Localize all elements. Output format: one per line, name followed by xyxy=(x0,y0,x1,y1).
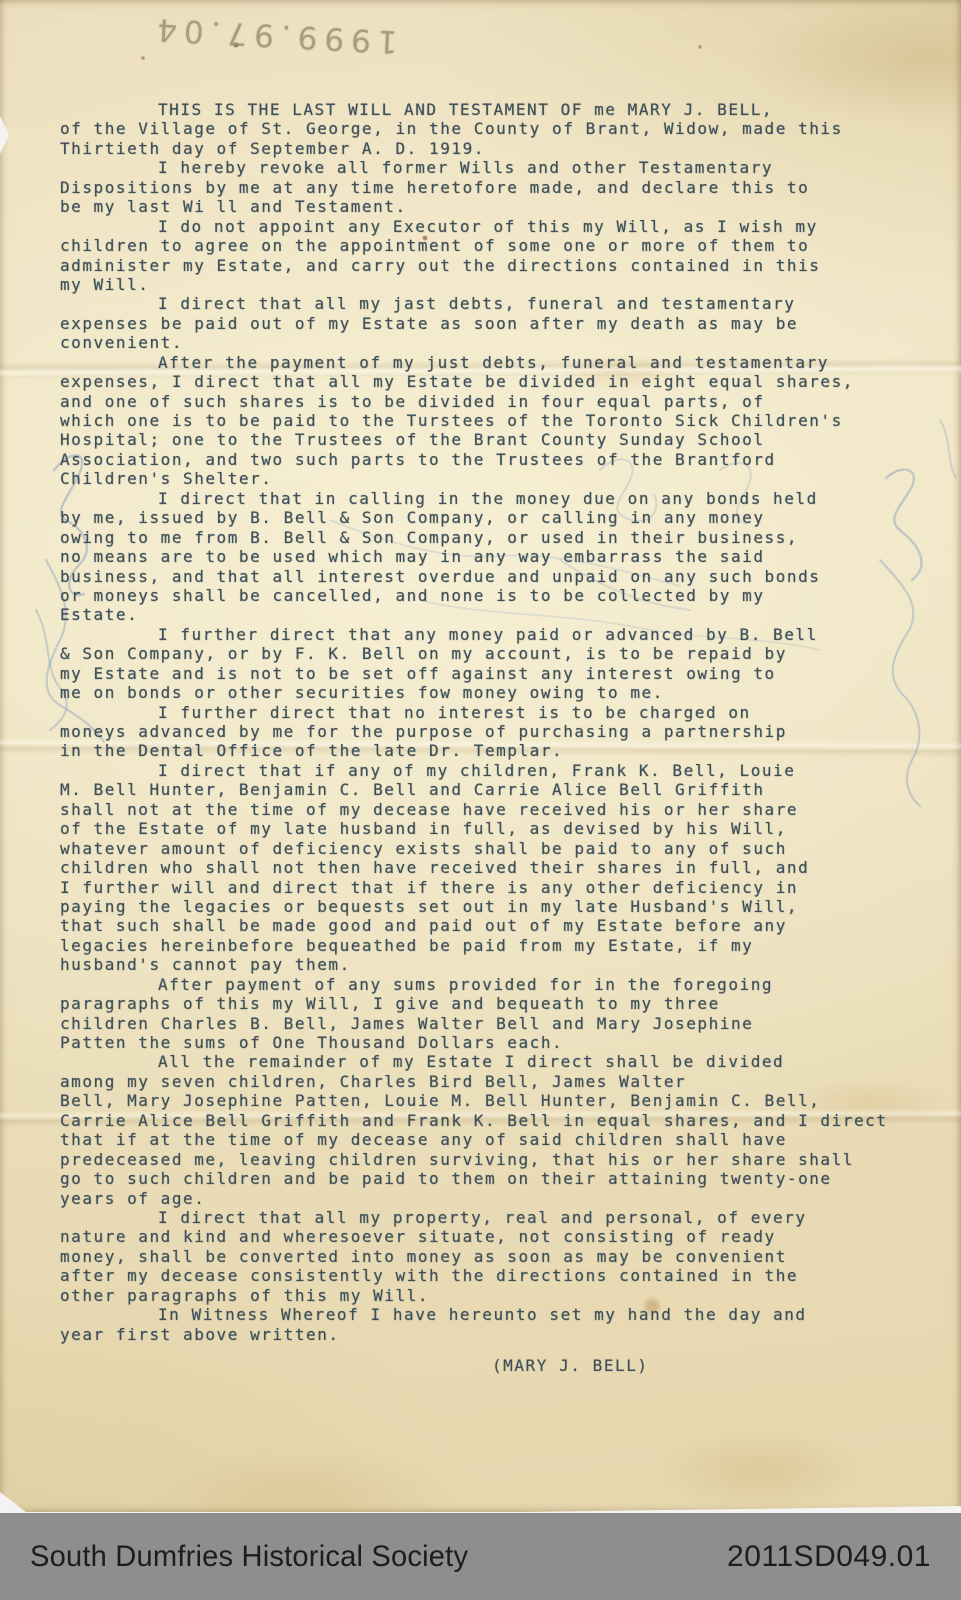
document-line: my Will. xyxy=(60,275,940,294)
document-line: other paragraphs of this my Will. xyxy=(60,1286,940,1305)
document-line: no means are to be used which may in any… xyxy=(60,547,940,566)
document-line: year first above written. xyxy=(60,1325,940,1344)
document-line: I further will and direct that if there … xyxy=(60,878,940,897)
document-line: & Son Company, or by F. K. Bell on my ac… xyxy=(60,644,940,663)
document-line: Bell, Mary Josephine Patten, Louie M. Be… xyxy=(60,1091,940,1110)
document-line: Children's Shelter. xyxy=(60,469,940,488)
document-line: husband's cannot pay them. xyxy=(60,955,940,974)
document-line: business, and that all interest overdue … xyxy=(60,567,940,586)
document-line: After the payment of my just debts, fune… xyxy=(60,353,940,372)
document-line: Carrie Alice Bell Griffith and Frank K. … xyxy=(60,1111,940,1130)
document-line: I direct that in calling in the money du… xyxy=(60,489,940,508)
document-line: I direct that all my property, real and … xyxy=(60,1208,940,1227)
document-line: whatever amount of deficiency exists sha… xyxy=(60,839,940,858)
signature-line: (MARY J. BELL) xyxy=(492,1356,649,1375)
document-line: moneys advanced by me for the purpose of… xyxy=(60,722,940,741)
document-line: I further direct that no interest is to … xyxy=(60,703,940,722)
document-line: money, shall be converted into money as … xyxy=(60,1247,940,1266)
accession-number: 2011SD049.01 xyxy=(727,1540,931,1574)
document-line: I hereby revoke all former Wills and oth… xyxy=(60,158,940,177)
document-line: children who shall not then have receive… xyxy=(60,858,940,877)
document-line: shall not at the time of my decease have… xyxy=(60,800,940,819)
document-line: be my last Wi ll and Testament. xyxy=(60,197,940,216)
document-line: convenient. xyxy=(60,333,940,352)
document-line: predeceased me, leaving children survivi… xyxy=(60,1150,940,1169)
document-line: go to such children and be paid to them … xyxy=(60,1169,940,1188)
document-line: THIS IS THE LAST WILL AND TESTAMENT OF m… xyxy=(60,100,940,119)
document-line: of the Estate of my late husband in full… xyxy=(60,819,940,838)
document-line: Estate. xyxy=(60,605,940,624)
document-line: of the Village of St. George, in the Cou… xyxy=(60,119,940,138)
document-line: M. Bell Hunter, Benjamin C. Bell and Car… xyxy=(60,780,940,799)
document-line: and one of such shares is to be divided … xyxy=(60,392,940,411)
document-line: administer my Estate, and carry out the … xyxy=(60,256,940,275)
document-line: children Charles B. Bell, James Walter B… xyxy=(60,1014,940,1033)
document-line: my Estate and is not to be set off again… xyxy=(60,664,940,683)
document-line: Patten the sums of One Thousand Dollars … xyxy=(60,1033,940,1052)
document-line: me on bonds or other securities fow mone… xyxy=(60,683,940,702)
document-line: paying the legacies or bequests set out … xyxy=(60,897,940,916)
document-line: after my decease consistently with the d… xyxy=(60,1266,940,1285)
document-line: or moneys shall be cancelled, and none i… xyxy=(60,586,940,605)
document-line: in the Dental Office of the late Dr. Tem… xyxy=(60,741,940,760)
document-line: In Witness Whereof I have hereunto set m… xyxy=(60,1305,940,1324)
document-line: expenses, I direct that all my Estate be… xyxy=(60,372,940,391)
document-line: Dispositions by me at any time heretofor… xyxy=(60,178,940,197)
document-line: I further direct that any money paid or … xyxy=(60,625,940,644)
document-line: years of age. xyxy=(60,1189,940,1208)
document-line: among my seven children, Charles Bird Be… xyxy=(60,1072,940,1091)
document-line: All the remainder of my Estate I direct … xyxy=(60,1052,940,1071)
document-line: paragraphs of this my Will, I give and b… xyxy=(60,994,940,1013)
will-document-text: THIS IS THE LAST WILL AND TESTAMENT OF m… xyxy=(60,100,940,1344)
document-line: I do not appoint any Executor of this my… xyxy=(60,217,940,236)
document-line: After payment of any sums provided for i… xyxy=(60,975,940,994)
document-line: that if at the time of my decease any of… xyxy=(60,1130,940,1149)
document-line: I direct that if any of my children, Fra… xyxy=(60,761,940,780)
document-line: owing to me from B. Bell & Son Company, … xyxy=(60,528,940,547)
archive-name: South Dumfries Historical Society xyxy=(30,1540,468,1574)
document-line: Hospital; one to the Trustees of the Bra… xyxy=(60,430,940,449)
document-line: legacies hereinbefore bequeathed be paid… xyxy=(60,936,940,955)
document-line: nature and kind and wheresoever situate,… xyxy=(60,1227,940,1246)
document-line: I direct that all my jast debts, funeral… xyxy=(60,294,940,313)
archive-footer-bar: South Dumfries Historical Society 2011SD… xyxy=(0,1513,961,1600)
document-line: expenses be paid out of my Estate as soo… xyxy=(60,314,940,333)
document-line: Association, and two such parts to the T… xyxy=(60,450,940,469)
document-line: by me, issued by B. Bell & Son Company, … xyxy=(60,508,940,527)
document-line: which one is to be paid to the Turstees … xyxy=(60,411,940,430)
document-line: children to agree on the appointment of … xyxy=(60,236,940,255)
document-line: Thirtieth day of September A. D. 1919. xyxy=(60,139,940,158)
document-line: that such shall be made good and paid ou… xyxy=(60,916,940,935)
